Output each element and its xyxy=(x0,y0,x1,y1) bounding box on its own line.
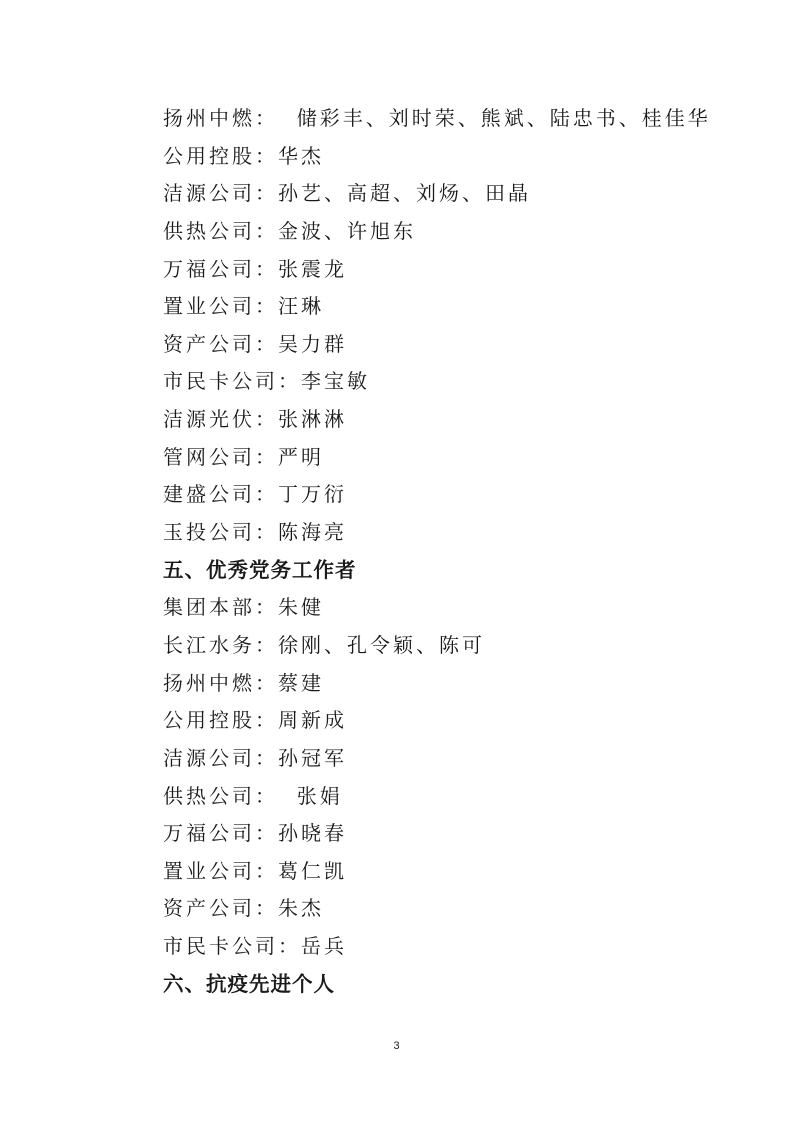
list-item: 扬州中燃：蔡建 xyxy=(163,665,711,703)
page-number: 3 xyxy=(0,1040,793,1052)
list-item: 建盛公司：丁万衍 xyxy=(163,476,711,514)
list-item: 供热公司：金波、许旭东 xyxy=(163,213,711,251)
list-item: 洁源公司：孙冠军 xyxy=(163,740,711,778)
document-body: 扬州中燃： 储彩丰、刘时荣、熊斌、陆忠书、桂佳华 公用控股：华杰 洁源公司：孙艺… xyxy=(163,100,711,1003)
list-item: 市民卡公司：岳兵 xyxy=(163,928,711,966)
list-item: 万福公司：张震龙 xyxy=(163,251,711,289)
list-item: 置业公司：汪琳 xyxy=(163,288,711,326)
document-page: 扬州中燃： 储彩丰、刘时荣、熊斌、陆忠书、桂佳华 公用控股：华杰 洁源公司：孙艺… xyxy=(0,0,793,1122)
list-item: 公用控股：华杰 xyxy=(163,138,711,176)
list-item: 公用控股：周新成 xyxy=(163,702,711,740)
list-item: 资产公司：朱杰 xyxy=(163,890,711,928)
section-heading: 五、优秀党务工作者 xyxy=(163,552,711,590)
list-item: 扬州中燃： 储彩丰、刘时荣、熊斌、陆忠书、桂佳华 xyxy=(163,100,711,138)
list-item: 万福公司：孙晓春 xyxy=(163,815,711,853)
list-item: 置业公司：葛仁凯 xyxy=(163,853,711,891)
list-item: 集团本部：朱健 xyxy=(163,589,711,627)
section-heading: 六、抗疫先进个人 xyxy=(163,966,711,1004)
list-item: 资产公司：吴力群 xyxy=(163,326,711,364)
list-item: 市民卡公司：李宝敏 xyxy=(163,363,711,401)
list-item: 供热公司： 张娟 xyxy=(163,778,711,816)
list-item: 管网公司：严明 xyxy=(163,439,711,477)
list-item: 长江水务：徐刚、孔令颖、陈可 xyxy=(163,627,711,665)
list-item: 洁源公司：孙艺、高超、刘炀、田晶 xyxy=(163,175,711,213)
list-item: 洁源光伏：张淋淋 xyxy=(163,401,711,439)
list-item: 玉投公司：陈海亮 xyxy=(163,514,711,552)
